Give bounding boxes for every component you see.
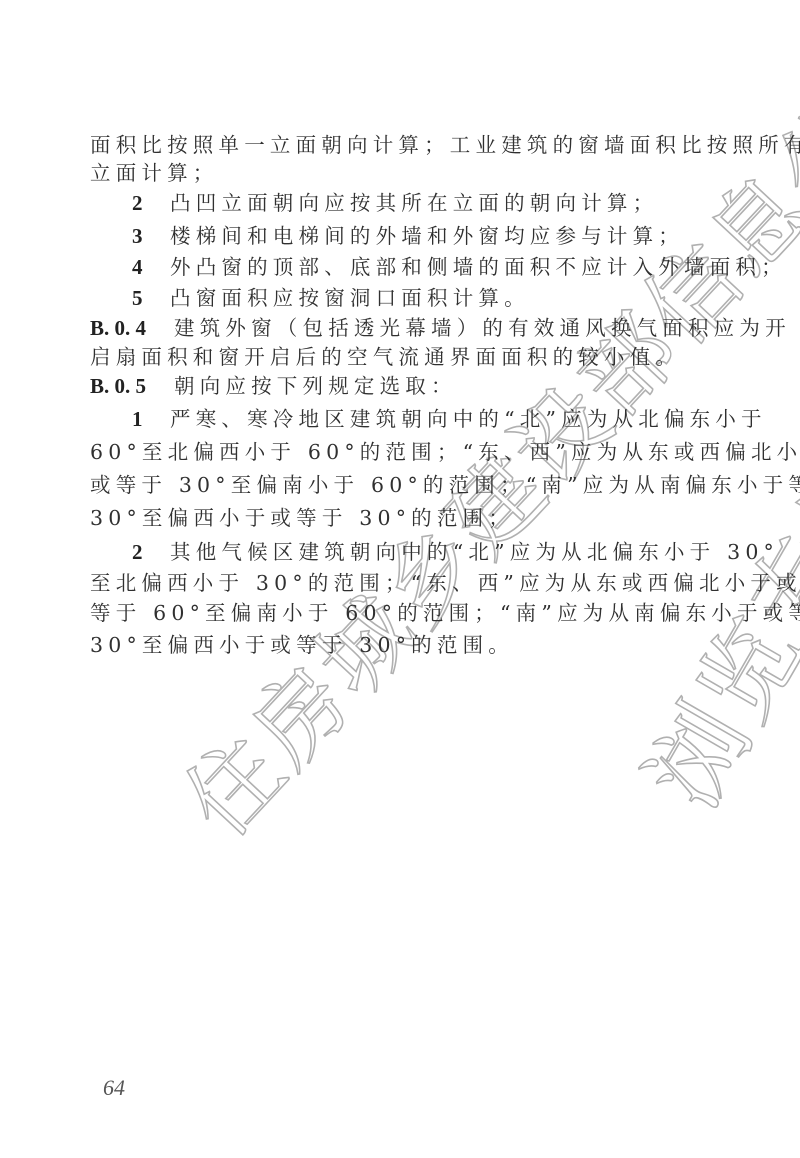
line-text: 立面计算； (90, 161, 219, 185)
paragraph-line: 60°至北偏西小于 60°的范围；“东、西”应为从东或西偏北小于 (90, 437, 690, 467)
item-number: 3 (132, 221, 170, 251)
item-number: 2 (132, 537, 170, 567)
paragraph-line: 至北偏西小于 30°的范围；“东、西”应为从东或西偏北小于或 (90, 568, 690, 598)
list-item-3: 3楼梯间和电梯间的外墙和外窗均应参与计算； (132, 221, 732, 251)
clause-number: B. 0. 5 (90, 371, 174, 401)
list-item-4: 4外凸窗的顶部、底部和侧墙的面积不应计入外墙面积； (132, 252, 732, 282)
line-text: 启扇面积和窗开启后的空气流通界面面积的较小值。 (90, 345, 681, 369)
clause-text: 朝向应按下列规定选取： (174, 374, 457, 398)
clause-text: 建筑外窗（包括透光幕墙）的有效通风换气面积应为开 (174, 316, 791, 340)
line-text: 至北偏西小于 30°的范围；“东、西”应为从东或西偏北小于或 (90, 571, 800, 595)
line-text: 等于 60°至偏南小于 60°的范围；“南”应为从南偏东小于或等于 (90, 601, 800, 625)
item-number: 2 (132, 188, 170, 218)
line-text: 或等于 30°至偏南小于 60°的范围；“南”应为从南偏东小于等于 (90, 473, 800, 497)
paragraph-line: 30°至偏西小于或等于 30°的范围。 (90, 630, 690, 660)
item-text: 其他气候区建筑朝向中的“北”应为从北偏东小于 30° (170, 540, 779, 564)
line-text: 面积比按照单一立面朝向计算；工业建筑的窗墙面积比按照所有 (90, 133, 800, 157)
item-text: 凸窗面积应按窗洞口面积计算。 (170, 286, 530, 310)
list-item-2: 2凸凹立面朝向应按其所在立面的朝向计算； (132, 188, 732, 218)
paragraph-line: 启扇面积和窗开启后的空气流通界面面积的较小值。 (90, 342, 690, 372)
item-text: 楼梯间和电梯间的外墙和外窗均应参与计算； (170, 224, 684, 248)
clause-b05: B. 0. 5朝向应按下列规定选取： (90, 371, 690, 401)
item-text: 严寒、寒冷地区建筑朝向中的“北”应为从北偏东小于 (170, 407, 767, 431)
item-text: 凸凹立面朝向应按其所在立面的朝向计算； (170, 191, 658, 215)
list-item-2b: 2其他气候区建筑朝向中的“北”应为从北偏东小于 30° (132, 537, 732, 567)
line-text: 60°至北偏西小于 60°的范围；“东、西”应为从东或西偏北小于 (90, 440, 800, 464)
item-number: 5 (132, 283, 170, 313)
item-number: 4 (132, 252, 170, 282)
paragraph-line: 或等于 30°至偏南小于 60°的范围；“南”应为从南偏东小于等于 (90, 470, 690, 500)
list-item-5: 5凸窗面积应按窗洞口面积计算。 (132, 283, 732, 313)
line-text: 30°至偏西小于或等于 30°的范围。 (90, 633, 514, 657)
paragraph-line: 面积比按照单一立面朝向计算；工业建筑的窗墙面积比按照所有 (90, 130, 690, 160)
document-page: 住房城乡建设部信息公开 浏览专用 面积比按照单一立面朝向计算；工业建筑的窗墙面积… (0, 0, 800, 1158)
item-number: 1 (132, 404, 170, 434)
clause-b04: B. 0. 4建筑外窗（包括透光幕墙）的有效通风换气面积应为开 (90, 313, 690, 343)
paragraph-line: 30°至偏西小于或等于 30°的范围； (90, 503, 690, 533)
page-number: 64 (103, 1075, 125, 1101)
line-text: 30°至偏西小于或等于 30°的范围； (90, 506, 514, 530)
paragraph-line: 立面计算； (90, 158, 690, 188)
paragraph-line: 等于 60°至偏南小于 60°的范围；“南”应为从南偏东小于或等于 (90, 598, 690, 628)
list-item-1: 1严寒、寒冷地区建筑朝向中的“北”应为从北偏东小于 (132, 404, 732, 434)
item-text: 外凸窗的顶部、底部和侧墙的面积不应计入外墙面积； (170, 255, 787, 279)
clause-number: B. 0. 4 (90, 313, 174, 343)
